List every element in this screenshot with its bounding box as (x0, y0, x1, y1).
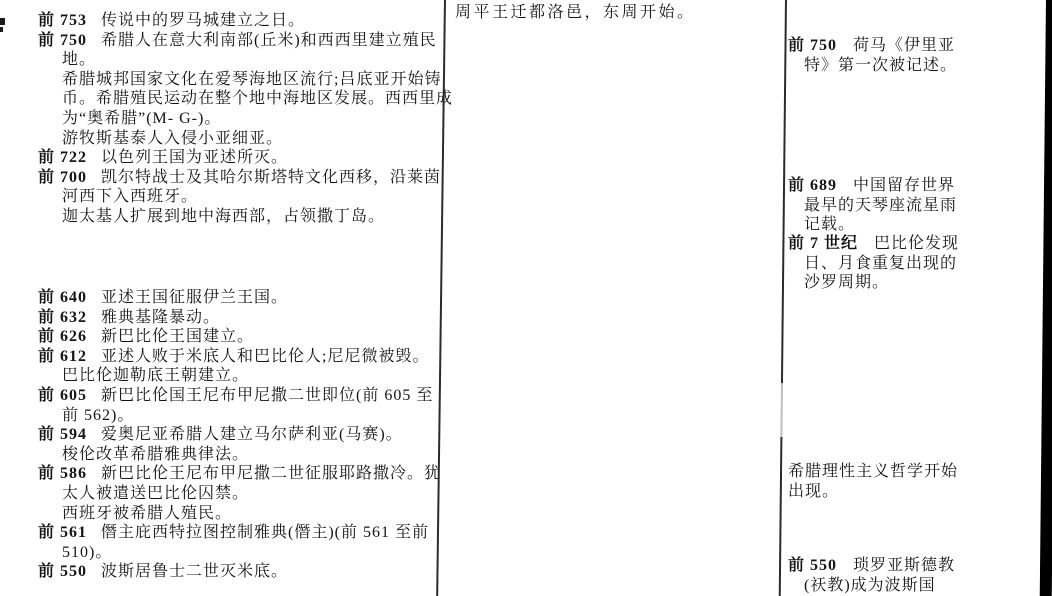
entry-date: 前 586 (38, 465, 87, 482)
chronology-entry: 前 612亚述人败于米底人和巴比伦人;尼尼微被毁。巴比伦迦勒底王朝建立。 (38, 347, 440, 386)
scan-fade-artifact (774, 383, 790, 437)
entry-line: 最早的天琴座流星雨 (788, 196, 1020, 216)
entry-text: 巴比伦发现 (874, 235, 959, 252)
entry-line: 太人被遣送巴比伦囚禁。 (38, 484, 440, 504)
entry-date: 前 594 (38, 426, 87, 443)
chronology-entry: 前 632雅典基隆暴动。 (38, 308, 440, 328)
column-divider-right (779, 0, 787, 596)
entry-line: 币。希腊殖民运动在整个地中海地区发展。西西里成 (38, 89, 440, 109)
chronology-entry: 前 753传说中的罗马城建立之日。 (38, 11, 440, 31)
entry-text: 波斯居鲁士二世灭米底。 (101, 563, 288, 580)
entry-line: 前 7 世纪巴比伦发现 (788, 234, 1020, 254)
entry-date: 前 750 (788, 37, 837, 54)
scan-artifact (0, 18, 5, 25)
entry-line: 前 550琐罗亚斯德教 (788, 556, 1020, 576)
entry-line: 为“奥希腊”(M- G-)。 (38, 109, 440, 129)
entry-line: 沙罗周期。 (788, 273, 1020, 293)
entry-line: 前 561僭主庇西特拉图控制雅典(僭主)(前 561 至前 (38, 523, 440, 543)
entry-line: 前 550波斯居鲁士二世灭米底。 (38, 562, 440, 582)
entry-text: 爱奥尼亚希腊人建立马尔萨利亚(马赛)。 (101, 426, 403, 443)
entry-text: 亚述人败于米底人和巴比伦人;尼尼微被毁。 (101, 348, 429, 365)
chronology-entry: 前 550波斯居鲁士二世灭米底。 (38, 562, 440, 582)
entry-text: 希腊人在意大利南部(丘米)和西西里建立殖民 (101, 32, 437, 49)
entry-line: 前 562)。 (38, 406, 440, 426)
chronology-entry: 前 550琐罗亚斯德教(祆教)成为波斯国 (788, 556, 1020, 595)
entry-line: 西班牙被希腊人殖民。 (38, 504, 440, 524)
chronology-entry: 前 594爱奥尼亚希腊人建立马尔萨利亚(马赛)。梭伦改革希腊雅典律法。 (38, 425, 440, 464)
entry-line: 地。 (38, 50, 440, 70)
chronology-entry: 前 722以色列王国为亚述所灭。 (38, 148, 440, 168)
left-column-group-1: 前 753传说中的罗马城建立之日。前 750希腊人在意大利南部(丘米)和西西里建… (38, 11, 440, 227)
entry-line: 出现。 (788, 482, 1020, 502)
entry-line: 前 750希腊人在意大利南部(丘米)和西西里建立殖民 (38, 31, 440, 51)
chronology-entry: 前 640亚述王国征服伊兰王国。 (38, 288, 440, 308)
chronology-entry: 前 750希腊人在意大利南部(丘米)和西西里建立殖民地。希腊城邦国家文化在爱琴海… (38, 31, 440, 149)
entry-line: 希腊理性主义哲学开始 (788, 462, 1020, 482)
entry-date: 前 7 世纪 (788, 235, 858, 252)
entry-date: 前 626 (38, 328, 87, 345)
chronology-entry: 前 626新巴比伦王国建立。 (38, 327, 440, 347)
entry-date: 前 722 (38, 149, 87, 166)
entry-text: 中国留存世界 (853, 177, 955, 194)
chronology-entry: 前 605新巴比伦国王尼布甲尼撒二世即位(前 605 至前 562)。 (38, 386, 440, 425)
page-edge-bar (1040, 0, 1052, 596)
entry-line: 前 689中国留存世界 (788, 176, 1020, 196)
entry-text: 新巴比伦王国建立。 (101, 328, 254, 345)
entry-date: 前 640 (38, 289, 87, 306)
entry-text: 新巴比伦王尼布甲尼撒二世征服耶路撒冷。犹 (101, 465, 441, 482)
entry-date: 前 750 (38, 32, 87, 49)
entry-line: (祆教)成为波斯国 (788, 576, 1020, 596)
entry-text: 雅典基隆暴动。 (101, 309, 220, 326)
entry-date: 前 605 (38, 387, 87, 404)
entry-date: 前 689 (788, 177, 837, 194)
entry-line: 前 750荷马《伊里亚 (788, 36, 1020, 56)
entry-text: 荷马《伊里亚 (853, 37, 955, 54)
book-page: 前 753传说中的罗马城建立之日。前 750希腊人在意大利南部(丘米)和西西里建… (0, 0, 1052, 596)
entry-line: 前 605新巴比伦国王尼布甲尼撒二世即位(前 605 至 (38, 386, 440, 406)
entry-text: 琐罗亚斯德教 (853, 557, 955, 574)
entry-date: 前 612 (38, 348, 87, 365)
entry-text: 以色列王国为亚述所灭。 (101, 149, 288, 166)
entry-line: 迦太基人扩展到地中海西部，占领撒丁岛。 (38, 207, 440, 227)
entry-line: 前 700凯尔特战士及其哈尔斯塔特文化西移，沿莱茵 (38, 168, 440, 188)
entry-text: 凯尔特战士及其哈尔斯塔特文化西移，沿莱茵 (101, 169, 441, 186)
chronology-entry: 前 700凯尔特战士及其哈尔斯塔特文化西移，沿莱茵河西下入西班牙。迦太基人扩展到… (38, 168, 440, 227)
entry-line: 希腊城邦国家文化在爱琴海地区流行;吕底亚开始铸 (38, 70, 440, 90)
entry-date: 前 700 (38, 169, 87, 186)
entry-date: 前 550 (38, 563, 87, 580)
entry-line: 游牧斯基泰人入侵小亚细亚。 (38, 129, 440, 149)
entry-text: 传说中的罗马城建立之日。 (101, 12, 305, 29)
entry-date: 前 550 (788, 557, 837, 574)
entry-date: 前 561 (38, 524, 87, 541)
entry-line: 前 612亚述人败于米底人和巴比伦人;尼尼微被毁。 (38, 347, 440, 367)
entry-line: 前 640亚述王国征服伊兰王国。 (38, 288, 440, 308)
chronology-entry: 前 7 世纪巴比伦发现日、月食重复出现的沙罗周期。 (788, 234, 1020, 293)
entry-line: 特》第一次被记述。 (788, 56, 1020, 76)
entry-date: 前 632 (38, 309, 87, 326)
left-column-group-2: 前 640亚述王国征服伊兰王国。前 632雅典基隆暴动。前 626新巴比伦王国建… (38, 288, 440, 582)
entry-line: 前 632雅典基隆暴动。 (38, 308, 440, 328)
entry-line: 510)。 (38, 543, 440, 563)
middle-column-text: 周平王迁都洛邑，东周开始。 (455, 3, 696, 23)
entry-line: 前 753传说中的罗马城建立之日。 (38, 11, 440, 31)
entry-line: 前 594爱奥尼亚希腊人建立马尔萨利亚(马赛)。 (38, 425, 440, 445)
chronology-entry: 前 689中国留存世界最早的天琴座流星雨记载。 (788, 176, 1020, 235)
scan-artifact (0, 27, 3, 32)
entry-line: 梭伦改革希腊雅典律法。 (38, 445, 440, 465)
chronology-entry: 前 561僭主庇西特拉图控制雅典(僭主)(前 561 至前510)。 (38, 523, 440, 562)
entry-date: 前 753 (38, 12, 87, 29)
entry-text: 新巴比伦国王尼布甲尼撒二世即位(前 605 至 (101, 387, 433, 404)
entry-line: 日、月食重复出现的 (788, 254, 1020, 274)
chronology-entry: 前 750荷马《伊里亚特》第一次被记述。 (788, 36, 1020, 75)
entry-text: 亚述王国征服伊兰王国。 (101, 289, 288, 306)
entry-line: 记载。 (788, 215, 1020, 235)
chronology-entry: 希腊理性主义哲学开始出现。 (788, 462, 1020, 501)
entry-line: 前 586新巴比伦王尼布甲尼撒二世征服耶路撒冷。犹 (38, 464, 440, 484)
entry-line: 前 722以色列王国为亚述所灭。 (38, 148, 440, 168)
entry-line: 巴比伦迦勒底王朝建立。 (38, 366, 440, 386)
entry-line: 前 626新巴比伦王国建立。 (38, 327, 440, 347)
chronology-entry: 前 586新巴比伦王尼布甲尼撒二世征服耶路撒冷。犹太人被遣送巴比伦囚禁。西班牙被… (38, 464, 440, 523)
entry-text: 僭主庇西特拉图控制雅典(僭主)(前 561 至前 (101, 524, 429, 541)
entry-line: 河西下入西班牙。 (38, 187, 440, 207)
